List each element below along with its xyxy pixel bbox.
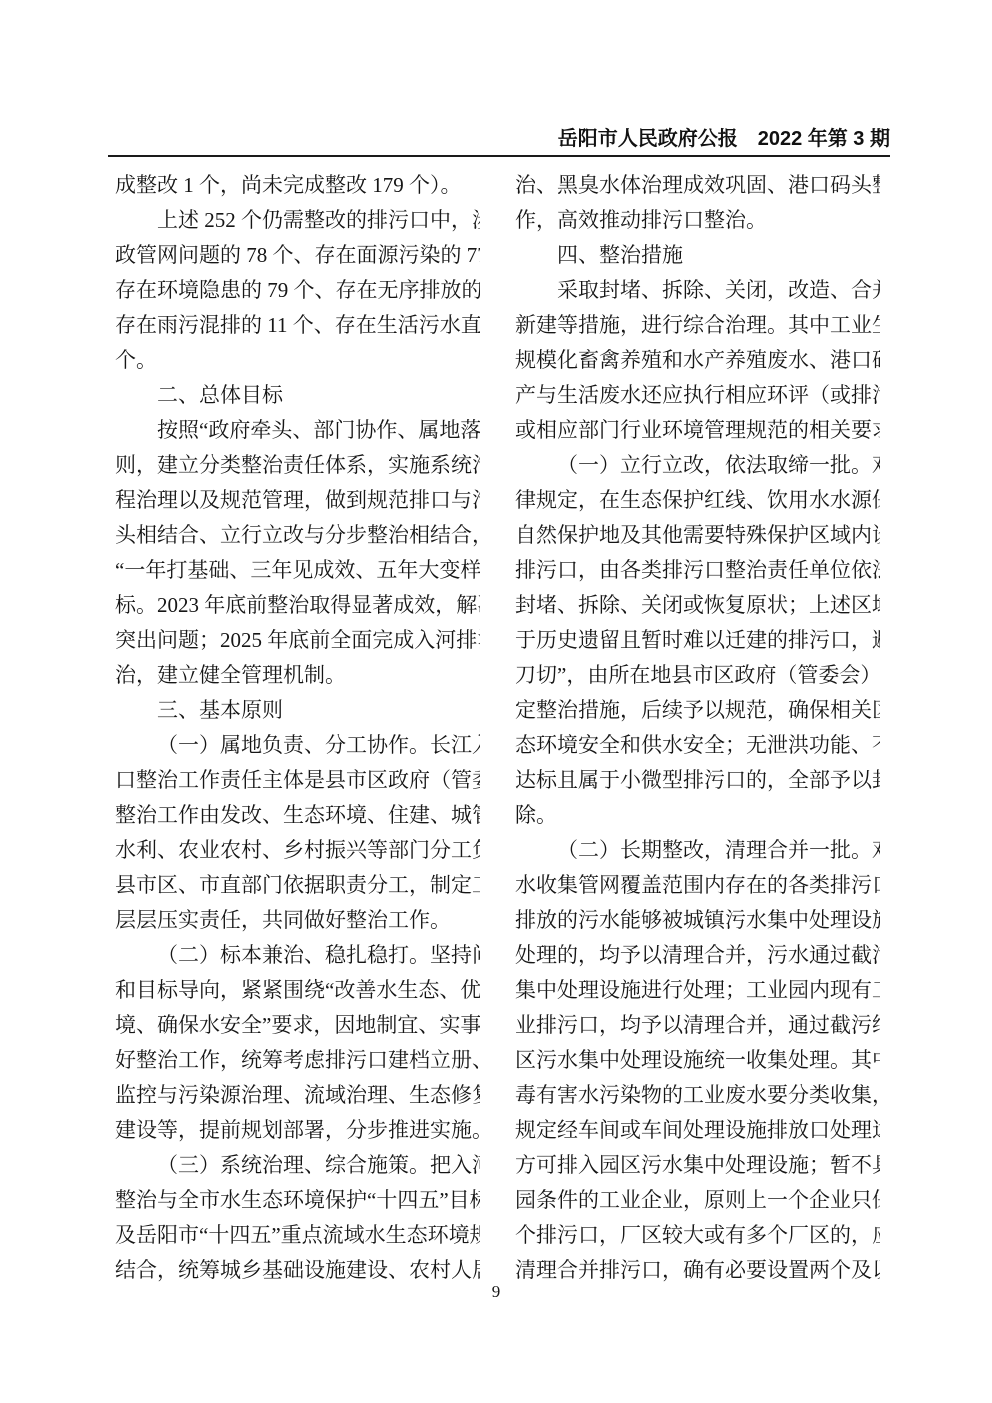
text-line: 方可排入园区污水集中处理设施；暂不具备入 — [515, 1148, 880, 1183]
text-line: 封堵、拆除、关闭或恢复原状；上述区域内，属 — [515, 588, 880, 623]
text-line: 头相结合、立行立改与分步整治相结合，实现 — [115, 518, 480, 553]
text-line: 政管网问题的 78 个、存在面源污染的 77 个、 — [115, 238, 480, 273]
text-line: 整治工作由发改、生态环境、住建、城管、交通、 — [115, 798, 480, 833]
text-line: 及岳阳市“十四五”重点流域水生态环境规划相 — [115, 1218, 480, 1253]
text-line: （二）长期整改，清理合并一批。对城镇污 — [515, 833, 880, 868]
text-line: 自然保护地及其他需要特殊保护区域内设置的 — [515, 518, 880, 553]
text-line: 毒有害水污染物的工业废水要分类收集，并按 — [515, 1078, 880, 1113]
text-line: 个。 — [115, 343, 480, 378]
text-line: 处理的，均予以清理合并，污水通过截污纳管由 — [515, 938, 880, 973]
text-line: 刀切”，由所在地县市区政府（管委会）合理制 — [515, 658, 880, 693]
text-line: （一）属地负责、分工协作。长江入河排污 — [115, 728, 480, 763]
bulletin-page: 岳阳市人民政府公报2022 年第 3 期 成整改 1 个，尚未完成整改 179 … — [0, 0, 992, 1403]
text-line: 态环境安全和供水安全；无泄洪功能、不能稳定 — [515, 728, 880, 763]
text-line: 于历史遗留且暂时难以迁建的排污口，避免“一 — [515, 623, 880, 658]
text-line: 程治理以及规范管理，做到规范排口与治理源 — [115, 483, 480, 518]
text-line: 口整治工作责任主体是县市区政府（管委会）， — [115, 763, 480, 798]
text-line: （一）立行立改，依法取缔一批。对违反法 — [515, 448, 880, 483]
text-line: 上述 252 个仍需整改的排污口中，涉及市 — [115, 203, 480, 238]
text-line: 采取封堵、拆除、关闭，改造、合并、保留、 — [515, 273, 880, 308]
text-line: 作，高效推动排污口整治。 — [515, 203, 880, 238]
text-line: 好整治工作，统筹考虑排污口建档立册、树牌、 — [115, 1043, 480, 1078]
text-line: 产与生活废水还应执行相应环评（或排污许可） — [515, 378, 880, 413]
text-line: 监控与污染源治理、流域治理、生态修复、管网 — [115, 1078, 480, 1113]
text-line: 定整治措施，后续予以规范，确保相关区域水生 — [515, 693, 880, 728]
text-line: 建设等，提前规划部署，分步推进实施。 — [115, 1113, 480, 1148]
text-line: “一年打基础、三年见成效、五年大变样”的目 — [115, 553, 480, 588]
text-line: 和目标导向，紧紧围绕“改善水生态、优化水环 — [115, 973, 480, 1008]
text-line: 业排污口，均予以清理合并，通过截污纳管由园 — [515, 1008, 880, 1043]
text-line: 园条件的工业企业，原则上一个企业只保留一 — [515, 1183, 880, 1218]
text-line: 集中处理设施进行处理；工业园内现有工业企 — [515, 973, 880, 1008]
text-line: 四、整治措施 — [515, 238, 880, 273]
text-line: 县市区、市直部门依据职责分工，制定工作计划， — [115, 868, 480, 903]
text-line: 律规定，在生态保护红线、饮用水水源保护区、 — [515, 483, 880, 518]
page-number: 9 — [0, 1282, 992, 1302]
text-line: 按照“政府牵头、部门协作、属地落实”原 — [115, 413, 480, 448]
text-line: 达标且属于小微型排污口的，全部予以封堵、拆 — [515, 763, 880, 798]
text-line: 个排污口，厂区较大或有多个厂区的，应尽可能 — [515, 1218, 880, 1253]
text-line: （二）标本兼治、稳扎稳打。坚持问题导向 — [115, 938, 480, 973]
header-rule — [108, 155, 890, 157]
text-line: 水利、农业农村、乡村振兴等部门分工负责。各 — [115, 833, 480, 868]
text-line: 则，建立分类整治责任体系，实施系统治理、工 — [115, 448, 480, 483]
text-line: 存在环境隐患的 79 个、存在无序排放的 4 个、 — [115, 273, 480, 308]
text-line: 三、基本原则 — [115, 693, 480, 728]
text-line: 境、确保水安全”要求，因地制宜、实事求是做 — [115, 1008, 480, 1043]
text-line: 层层压实责任，共同做好整治工作。 — [115, 903, 480, 938]
text-line: 或相应部门行业环境管理规范的相关要求。 — [515, 413, 880, 448]
text-line: 整治与全市水生态环境保护“十四五”目标任务 — [115, 1183, 480, 1218]
left-column: 成整改 1 个，尚未完成整改 179 个）。上述 252 个仍需整改的排污口中，… — [115, 168, 480, 1288]
text-line: （三）系统治理、综合施策。把入河排污口 — [115, 1148, 480, 1183]
text-line: 除。 — [515, 798, 880, 833]
text-line: 存在雨污混排的 11 个、存在生活污水直排的 3 — [115, 308, 480, 343]
text-line: 排放的污水能够被城镇污水集中处理设施有效 — [515, 903, 880, 938]
bulletin-title: 岳阳市人民政府公报 — [558, 128, 738, 150]
text-line: 二、总体目标 — [115, 378, 480, 413]
text-line: 规定经车间或车间处理设施排放口处理达标后 — [515, 1113, 880, 1148]
bulletin-issue: 2022 年第 3 期 — [758, 128, 890, 150]
page-header: 岳阳市人民政府公报2022 年第 3 期 — [108, 126, 890, 152]
text-line: 水收集管网覆盖范围内存在的各类排污口，其 — [515, 868, 880, 903]
text-line: 突出问题；2025 年底前全面完成入河排污口整 — [115, 623, 480, 658]
text-line: 规模化畜禽养殖和水产养殖废水、港口码头生 — [515, 343, 880, 378]
text-line: 区污水集中处理设施统一收集处理。其中含有 — [515, 1043, 880, 1078]
text-line: 排污口，由各类排污口整治责任单位依法予以 — [515, 553, 880, 588]
right-column: 治、黑臭水体治理成效巩固、港口码头整治等工作，高效推动排污口整治。四、整治措施采… — [515, 168, 880, 1288]
text-line: 治，建立健全管理机制。 — [115, 658, 480, 693]
text-line: 成整改 1 个，尚未完成整改 179 个）。 — [115, 168, 480, 203]
text-line: 治、黑臭水体治理成效巩固、港口码头整治等工 — [515, 168, 880, 203]
text-line: 标。2023 年底前整治取得显著成效，解决一批 — [115, 588, 480, 623]
text-line: 新建等措施，进行综合治理。其中工业生产废水、 — [515, 308, 880, 343]
